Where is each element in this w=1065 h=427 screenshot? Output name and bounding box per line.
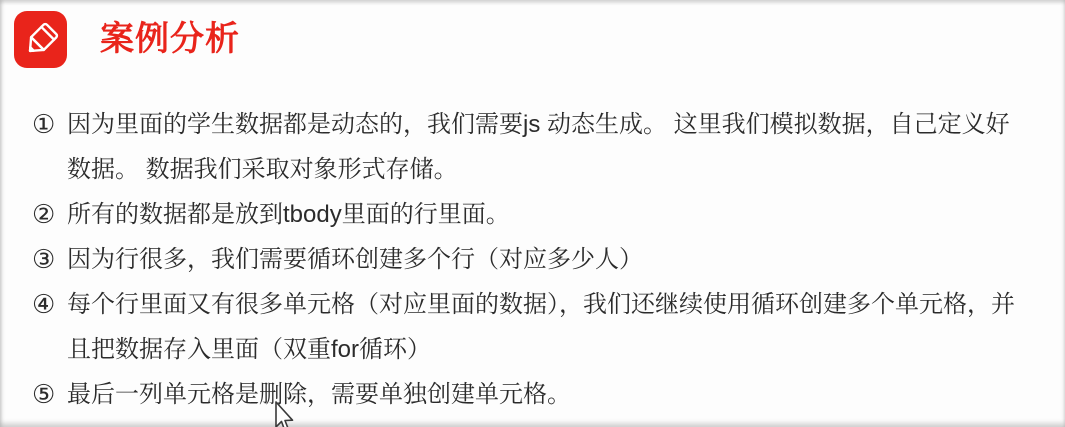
list-item-marker: ④	[32, 282, 58, 327]
list-item: ④ 每个行里面又有很多单元格（对应里面的数据），我们还继续使用循环创建多个单元格…	[32, 282, 1032, 372]
slide-page: 案例分析 ① 因为里面的学生数据都是动态的，我们需要js 动态生成。 这里我们模…	[0, 0, 1065, 427]
list-item-marker: ②	[32, 192, 58, 237]
list-item: ② 所有的数据都是放到tbody里面的行里面。	[32, 192, 1032, 237]
list-item-text: 最后一列单元格是删除，需要单独创建单元格。	[67, 372, 1025, 417]
list-item-text: 因为行很多，我们需要循环创建多个行（对应多少人）	[67, 237, 1025, 282]
header: 案例分析	[14, 11, 240, 68]
pencil-icon	[14, 11, 67, 68]
list-item: ① 因为里面的学生数据都是动态的，我们需要js 动态生成。 这里我们模拟数据，自…	[32, 102, 1032, 192]
analysis-list: ① 因为里面的学生数据都是动态的，我们需要js 动态生成。 这里我们模拟数据，自…	[32, 102, 1032, 417]
list-item-text: 所有的数据都是放到tbody里面的行里面。	[67, 192, 1025, 237]
list-item-marker: ③	[32, 237, 58, 282]
list-item-marker: ⑤	[32, 372, 58, 417]
list-item-marker: ①	[32, 102, 58, 147]
list-item: ③ 因为行很多，我们需要循环创建多个行（对应多少人）	[32, 237, 1032, 282]
list-item-text: 每个行里面又有很多单元格（对应里面的数据），我们还继续使用循环创建多个单元格，并…	[67, 282, 1025, 372]
list-item-text: 因为里面的学生数据都是动态的，我们需要js 动态生成。 这里我们模拟数据，自己定…	[67, 102, 1025, 192]
list-item: ⑤ 最后一列单元格是删除，需要单独创建单元格。	[32, 372, 1032, 417]
page-title: 案例分析	[100, 11, 240, 68]
